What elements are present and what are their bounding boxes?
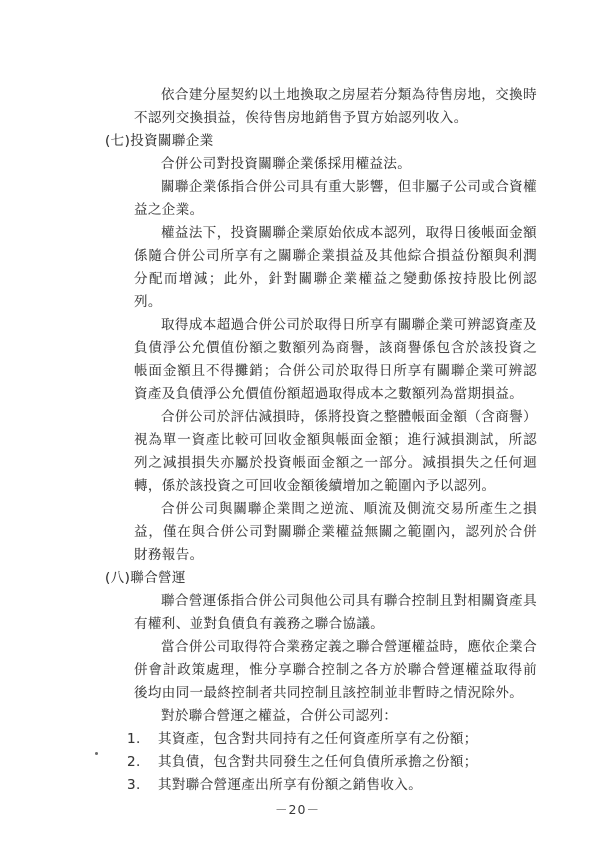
document-page: 依合建分屋契約以土地換取之房屋若分類為待售房地，交換時不認列交換損益，俟待售房地… bbox=[0, 0, 595, 842]
paragraph-goodwill: 取得成本超過合併公司於取得日所享有關聯企業可辨認資產及負債淨公允價值份額之數額列… bbox=[134, 314, 537, 406]
list-item-text: 其資產，包含對共同持有之任何資產所享有之份額； bbox=[158, 728, 537, 751]
list-item-text: 其負債，包含對共同發生之任何負債所承擔之份額； bbox=[158, 751, 537, 774]
intro-paragraph: 依合建分屋契約以土地換取之房屋若分類為待售房地，交換時不認列交換損益，俟待售房地… bbox=[134, 84, 537, 130]
scan-speck bbox=[95, 752, 98, 755]
page-body: 依合建分屋契約以土地換取之房屋若分類為待售房地，交換時不認列交換損益，俟待售房地… bbox=[134, 84, 537, 797]
paragraph-joint-operation-definition: 聯合營運係指合併公司與他公司具有聯合控制且對相關資產具有權利、並對負債負有義務之… bbox=[134, 590, 537, 636]
page-number: －20－ bbox=[0, 800, 595, 818]
paragraph-associate-definition: 關聯企業係指合併公司具有重大影響，但非屬子公司或合資權益之企業。 bbox=[134, 176, 537, 222]
list-item-number: 3. bbox=[127, 774, 158, 797]
section-heading-7: (七)投資關聯企業 bbox=[105, 130, 537, 153]
paragraph-joint-operation-recognition: 對於聯合營運之權益，合併公司認列： bbox=[134, 705, 537, 728]
list-item-text: 其對聯合營運產出所享有份額之銷售收入。 bbox=[158, 774, 537, 797]
list-item: 2. 其負債，包含對共同發生之任何負債所承擔之份額； bbox=[127, 751, 537, 774]
paragraph-equity-method: 合併公司對投資關聯企業係採用權益法。 bbox=[134, 153, 537, 176]
section-heading-8: (八)聯合營運 bbox=[105, 567, 537, 590]
paragraph-impairment: 合併公司於評估減損時，係將投資之整體帳面金額（含商譽）視為單一資產比較可回收金額… bbox=[134, 406, 537, 498]
list-item-number: 2. bbox=[127, 751, 158, 774]
list-item: 1. 其資產，包含對共同持有之任何資產所享有之份額； bbox=[127, 728, 537, 751]
paragraph-transactions: 合併公司與關聯企業間之逆流、順流及側流交易所產生之損益，僅在與合併公司對關聯企業… bbox=[134, 498, 537, 567]
list-item: 3. 其對聯合營運產出所享有份額之銷售收入。 bbox=[127, 774, 537, 797]
joint-operation-list: 1. 其資產，包含對共同持有之任何資產所享有之份額； 2. 其負債，包含對共同發… bbox=[134, 728, 537, 797]
list-item-number: 1. bbox=[127, 728, 158, 751]
paragraph-joint-operation-acquisition: 當合併公司取得符合業務定義之聯合營運權益時，應依企業合併會計政策處理，惟分享聯合… bbox=[134, 636, 537, 705]
paragraph-carrying-amount: 權益法下，投資關聯企業原始依成本認列，取得日後帳面金額係隨合併公司所享有之關聯企… bbox=[134, 222, 537, 314]
